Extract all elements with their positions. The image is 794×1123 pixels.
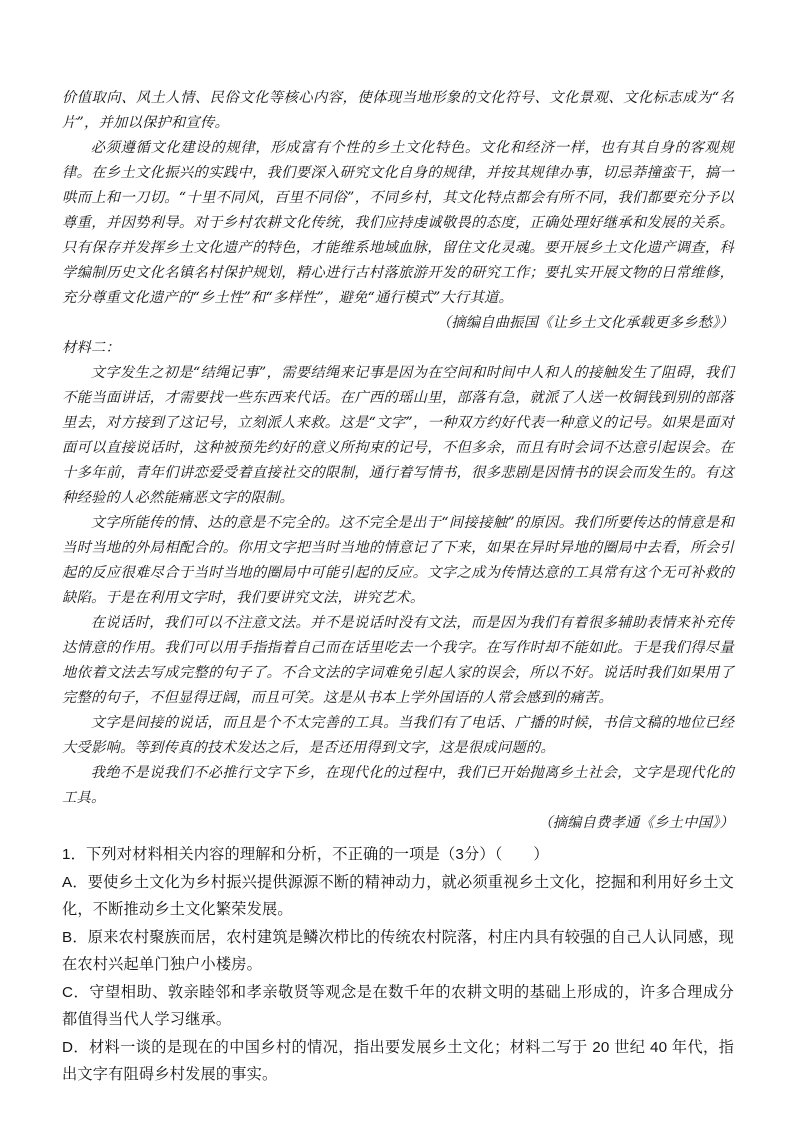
material-two-paragraph: 文字是间接的说话，而且是个不太完善的工具。当我们有了电话、广播的时候，书信文稿的… xyxy=(62,711,734,761)
material-two-paragraph: 在说话时，我们可以不注意文法。并不是说话时没有文法，而是因为我们有着很多辅助表情… xyxy=(62,611,734,711)
material-one-paragraph: 必须遵循文化建设的规律，形成富有个性的乡土文化特色。文化和经济一样，也有其自身的… xyxy=(62,136,734,311)
question-one-option-b: B．原来农村聚族而居，农村建筑是鳞次栉比的传统农村院落，村庄内具有较强的自己人认… xyxy=(62,924,734,979)
material-one-section: 价值取向、风土人情、民俗文化等核心内容，使体现当地形象的文化符号、文化景观、文化… xyxy=(62,86,734,336)
exam-document-page: 价值取向、风土人情、民俗文化等核心内容，使体现当地形象的文化符号、文化景观、文化… xyxy=(0,0,794,1123)
material-two-paragraph: 文字发生之初是“结绳记事”，需要结绳来记事是因为在空间和时间中人和人的接触发生了… xyxy=(62,361,734,511)
material-one-attribution: （摘编自曲振国《让乡土文化承载更多乡愁》） xyxy=(62,311,734,336)
material-two-heading: 材料二： xyxy=(62,336,734,361)
material-two-paragraph: 我绝不是说我们不必推行文字下乡，在现代化的过程中，我们已开始抛离乡土社会，文字是… xyxy=(62,761,734,811)
question-one-option-c: C．守望相助、敦亲睦邻和孝亲敬贤等观念是在数千年的农耕文明的基础上形成的，许多合… xyxy=(62,979,734,1034)
material-two-paragraph: 文字所能传的情、达的意是不完全的。这不完全是出于“间接接触”的原因。我们所要传达… xyxy=(62,511,734,611)
question-one-section: 1．下列对材料相关内容的理解和分析，不正确的一项是（3分）（ ） A．要使乡土文… xyxy=(62,841,734,1089)
material-one-paragraph-continuation: 价值取向、风土人情、民俗文化等核心内容，使体现当地形象的文化符号、文化景观、文化… xyxy=(62,86,734,136)
question-one-option-d: D．材料一谈的是现在的中国乡村的情况，指出要发展乡土文化；材料二写于 20 世纪… xyxy=(62,1034,734,1089)
question-one-stem: 1．下列对材料相关内容的理解和分析，不正确的一项是（3分）（ ） xyxy=(62,841,734,869)
material-two-section: 材料二： 文字发生之初是“结绳记事”，需要结绳来记事是因为在空间和时间中人和人的… xyxy=(62,336,734,836)
material-two-attribution: （摘编自费孝通《乡土中国》） xyxy=(62,811,734,836)
question-one-option-a: A．要使乡土文化为乡村振兴提供源源不断的精神动力，就必须重视乡土文化，挖掘和利用… xyxy=(62,869,734,924)
